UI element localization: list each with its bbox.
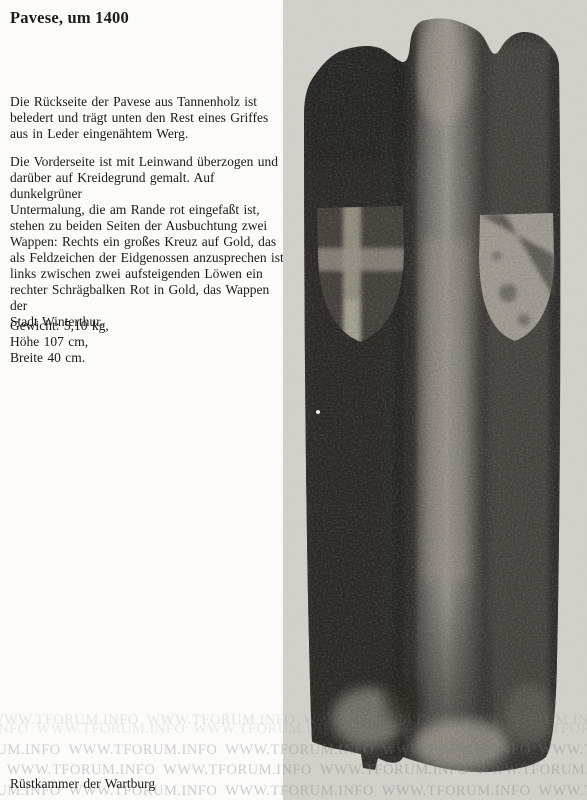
photo-speck	[316, 410, 320, 414]
pavese-photo	[283, 0, 587, 800]
paragraph-back-side: Die Rückseite der Pavese aus Tannenholz …	[10, 94, 288, 142]
catalog-page: Pavese, um 1400 Die Rückseite der Pavese…	[0, 0, 587, 800]
photo-caption: Rüstkammer der Wartburg	[10, 776, 155, 792]
pavese-photo-svg	[283, 0, 587, 800]
page-title: Pavese, um 1400	[10, 8, 129, 28]
paragraph-front-side: Die Vorderseite ist mit Leinwand überzog…	[10, 154, 288, 330]
specs-text: Gewicht: 5,10 kg, Höhe 107 cm, Breite 40…	[10, 318, 288, 366]
pavese-shield	[283, 0, 587, 800]
